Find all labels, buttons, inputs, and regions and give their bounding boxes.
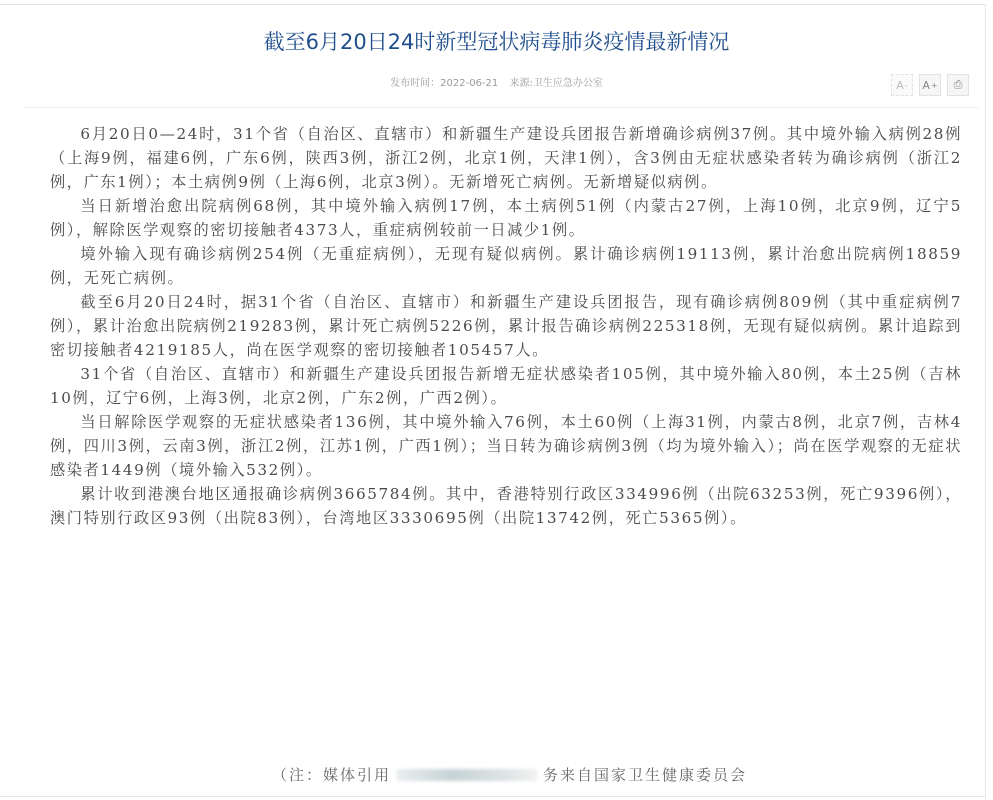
font-decrease-icon: A xyxy=(896,79,904,92)
article-title: 截至6月20日24时新型冠状病毒肺炎疫情最新情况 xyxy=(0,26,993,56)
source-label: 来源: xyxy=(509,78,532,89)
article-body: 6月20日0—24时，31个省（自治区、直辖市）和新疆生产建设兵团报告新增确诊病… xyxy=(50,122,962,530)
source: 来源:卫生应急办公室 xyxy=(509,78,602,89)
bottom-divider xyxy=(0,796,985,797)
paragraph: 6月20日0—24时，31个省（自治区、直辖市）和新疆生产建设兵团报告新增确诊病… xyxy=(50,122,962,194)
publish-date: 2022-06-21 xyxy=(440,78,498,89)
source-value: 卫生应急办公室 xyxy=(533,78,603,89)
publish-label: 发布时间： xyxy=(390,78,440,89)
note-prefix: （注：媒体引用 xyxy=(272,764,391,785)
article-meta: 发布时间：2022-06-21 来源:卫生应急办公室 xyxy=(0,74,993,89)
print-icon: ⎙ xyxy=(954,78,963,92)
font-increase-button[interactable]: A+ xyxy=(919,74,941,96)
redacted-text xyxy=(397,769,537,781)
plus-sup: + xyxy=(931,81,938,90)
note-suffix: 务来自国家卫生健康委员会 xyxy=(543,764,747,785)
print-button[interactable]: ⎙ xyxy=(947,74,969,96)
font-decrease-button[interactable]: A- xyxy=(891,74,913,96)
header-divider xyxy=(23,107,979,108)
paragraph: 截至6月20日24时，据31个省（自治区、直辖市）和新疆生产建设兵团报告，现有确… xyxy=(50,290,962,362)
publish-time: 发布时间：2022-06-21 xyxy=(390,78,498,89)
paragraph: 当日新增治愈出院病例68例，其中境外输入病例17例，本土病例51例（内蒙古27例… xyxy=(50,194,962,242)
paragraph: 境外输入现有确诊病例254例（无重症病例），无现有疑似病例。累计确诊病例1911… xyxy=(50,242,962,290)
font-increase-icon: A xyxy=(922,79,930,92)
paragraph: 累计收到港澳台地区通报确诊病例3665784例。其中，香港特别行政区334996… xyxy=(50,482,962,530)
minus-sup: - xyxy=(905,81,908,90)
paragraph: 31个省（自治区、直辖市）和新疆生产建设兵团报告新增无症状感染者105例，其中境… xyxy=(50,362,962,410)
article-tools: A- A+ ⎙ xyxy=(891,74,969,96)
paragraph: 当日解除医学观察的无症状感染者136例，其中境外输入76例，本土60例（上海31… xyxy=(50,410,962,482)
article-note: （注：媒体引用 务来自国家卫生健康委员会 xyxy=(272,764,747,785)
